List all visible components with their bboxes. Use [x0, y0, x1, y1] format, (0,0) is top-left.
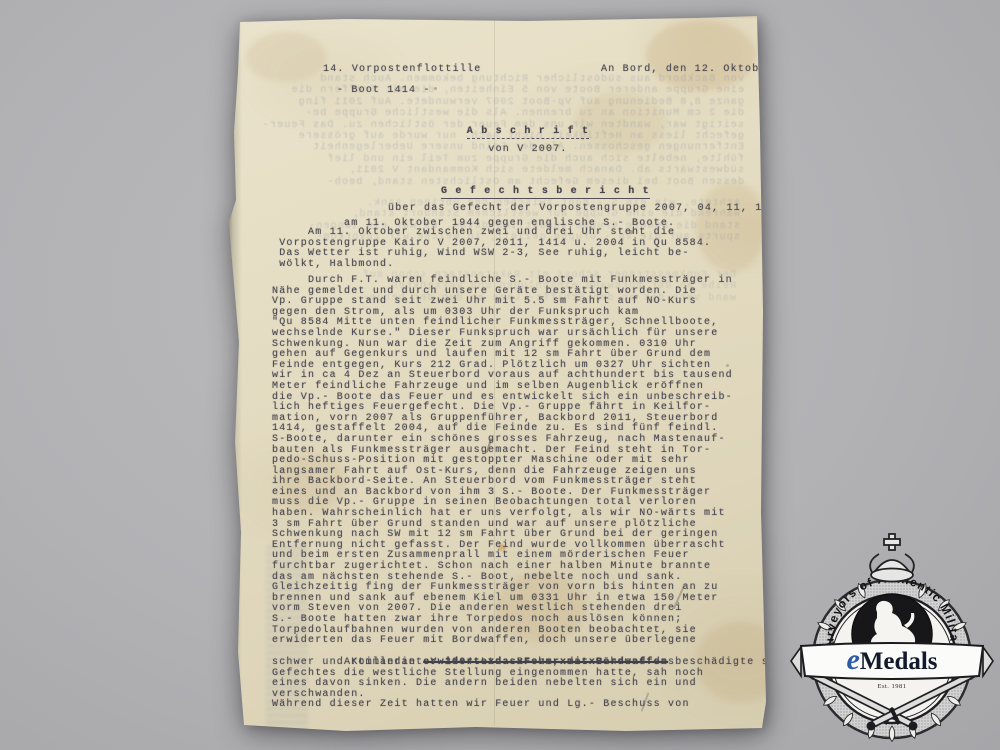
- paper-sheet: von Backbord aus südöstlicher Richtung b…: [226, 12, 774, 738]
- title-von-text: von V 2007.: [488, 144, 567, 155]
- brand-banner: eMedals: [791, 643, 993, 679]
- paragraph-weather: Am 11. Oktober zwischen zwei und drei Uh…: [272, 228, 711, 270]
- brand-wordmark: eMedals: [846, 643, 937, 676]
- unit-line1: 14. Vorpostenflottille: [323, 64, 481, 75]
- place-date: An Bord, den 12. Oktober 1944.: [601, 64, 817, 75]
- established-text: Est. 1981: [877, 683, 906, 690]
- crown: [870, 534, 914, 582]
- paragraph-closing: schwer und Kommandant V 2004 Ltn. Brehm,…: [272, 658, 704, 711]
- boat-number: - Boot 1414 -: [323, 85, 431, 96]
- photo-backdrop: von Backbord aus südöstlicher Richtung b…: [0, 0, 1000, 750]
- paragraph-battle-report: Durch F.T. waren feindliche S.- Boote mi…: [272, 276, 733, 647]
- brand-e: e: [846, 643, 859, 676]
- emedals-watermark: Purveyors of Authentic Militaria: [789, 516, 1000, 750]
- document-page: von Backbord aus südöstlicher Richtung b…: [226, 12, 774, 738]
- emedals-emblem-svg: Purveyors of Authentic Militaria: [789, 516, 1000, 750]
- place-date-line: An Bord, den 12. Oktober 1944.: [529, 54, 817, 86]
- unit-designation: 14. Vorpostenflottille - Boot 1414 -: [251, 54, 481, 107]
- typed-content: 14. Vorpostenflottille - Boot 1414 - An …: [226, 12, 774, 738]
- title-von: von V 2007.: [226, 134, 758, 166]
- brand-medals: Medals: [860, 648, 938, 675]
